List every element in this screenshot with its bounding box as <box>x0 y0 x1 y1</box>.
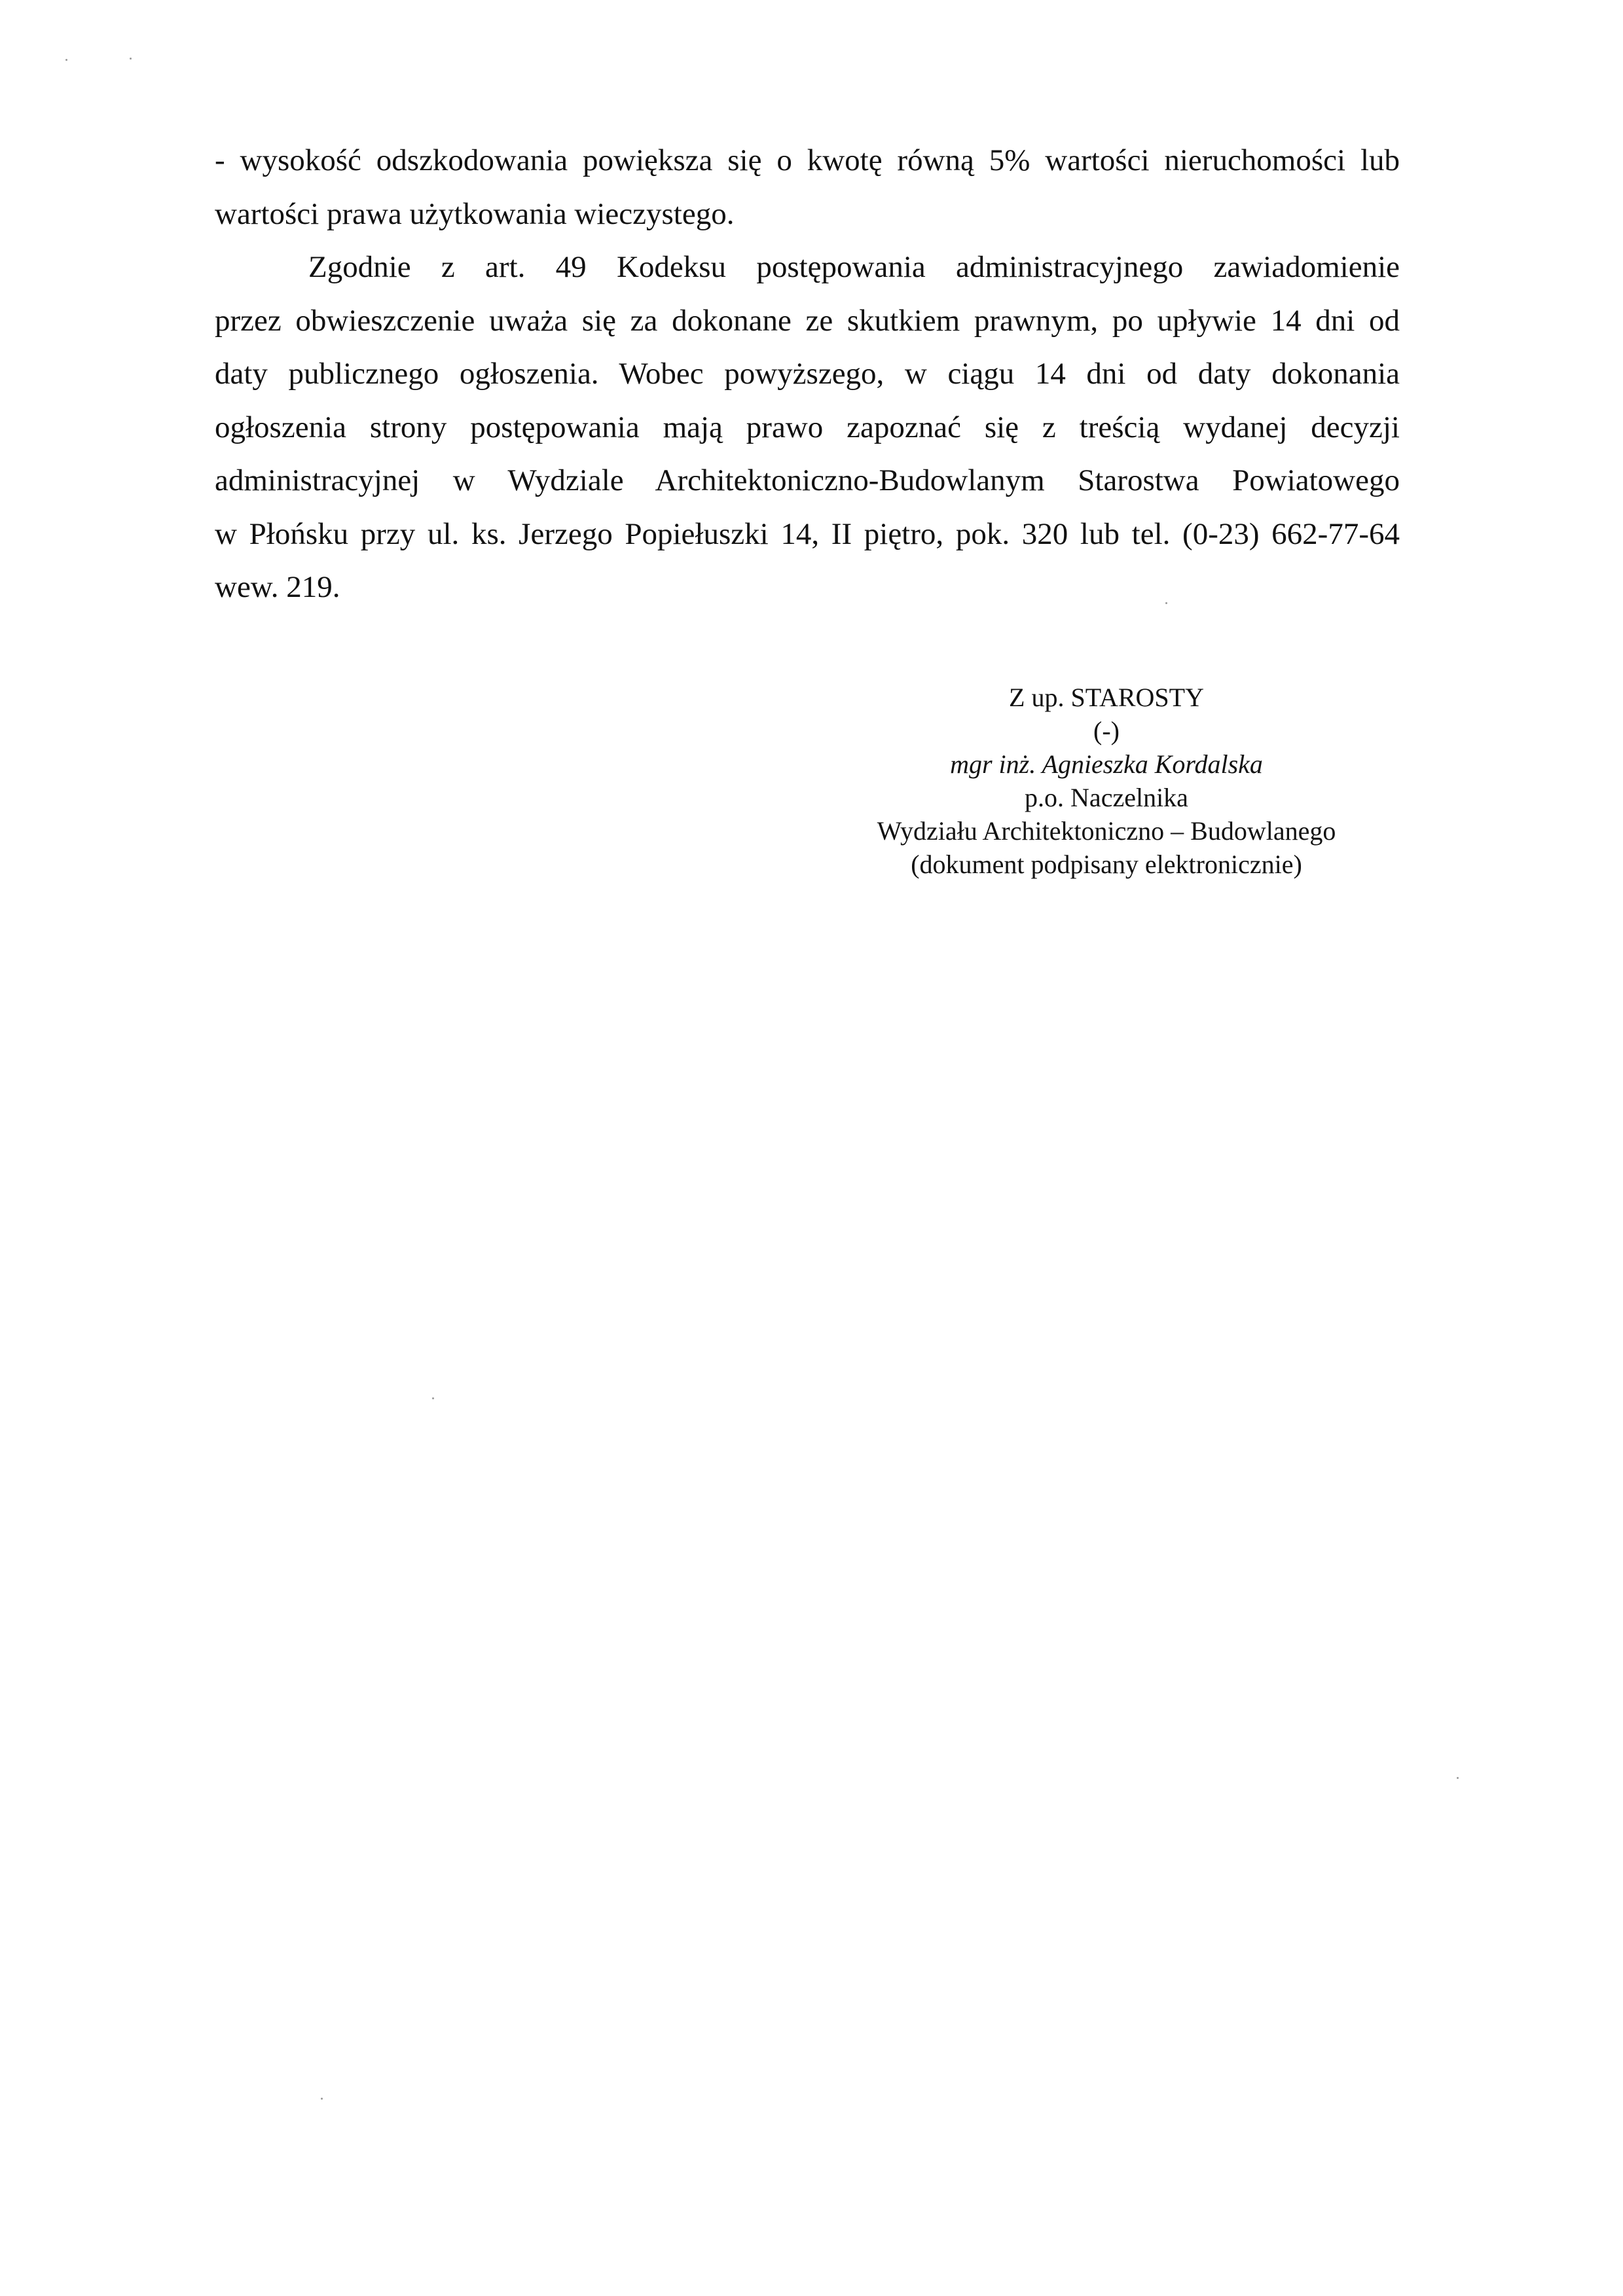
text-line: ogłoszenia strony postępowania mają praw… <box>215 401 1400 455</box>
scan-speck <box>321 2098 323 2100</box>
text-line: wartości prawa użytkowania wieczystego. <box>215 188 1400 242</box>
text-line: - wysokość odszkodowania powiększa się o… <box>215 134 1400 188</box>
paragraph-notice: Zgodnie z art. 49 Kodeksu postępowania a… <box>215 241 1400 615</box>
signature-authority: Z up. STAROSTY <box>812 681 1401 714</box>
signatory-name: mgr inż. Agnieszka Kordalska <box>812 747 1401 781</box>
signatory-role: p.o. Naczelnika <box>812 781 1401 814</box>
electronic-signature-note: (dokument podpisany elektronicznie) <box>812 848 1401 881</box>
body-text: - wysokość odszkodowania powiększa się o… <box>215 134 1400 615</box>
scan-speck <box>1165 602 1167 604</box>
scan-speck <box>432 1397 434 1399</box>
scan-speck <box>130 58 132 60</box>
text-line: w Płońsku przy ul. ks. Jerzego Popiełusz… <box>215 508 1400 562</box>
paragraph-compensation: - wysokość odszkodowania powiększa się o… <box>215 134 1400 241</box>
document-page: - wysokość odszkodowania powiększa się o… <box>0 0 1623 2296</box>
text-line: przez obwieszczenie uważa się za dokonan… <box>215 295 1400 348</box>
signature-mark: (-) <box>812 714 1401 747</box>
scan-speck <box>1457 1777 1459 1779</box>
signatory-department: Wydziału Architektoniczno – Budowlanego <box>812 814 1401 848</box>
text-line: daty publicznego ogłoszenia. Wobec powyż… <box>215 348 1400 401</box>
text-line: wew. 219. <box>215 561 1400 615</box>
text-line: Zgodnie z art. 49 Kodeksu postępowania a… <box>215 241 1400 295</box>
text-line: administracyjnej w Wydziale Architektoni… <box>215 454 1400 508</box>
scan-speck <box>65 59 67 61</box>
signature-block: Z up. STAROSTY (-) mgr inż. Agnieszka Ko… <box>812 681 1401 881</box>
